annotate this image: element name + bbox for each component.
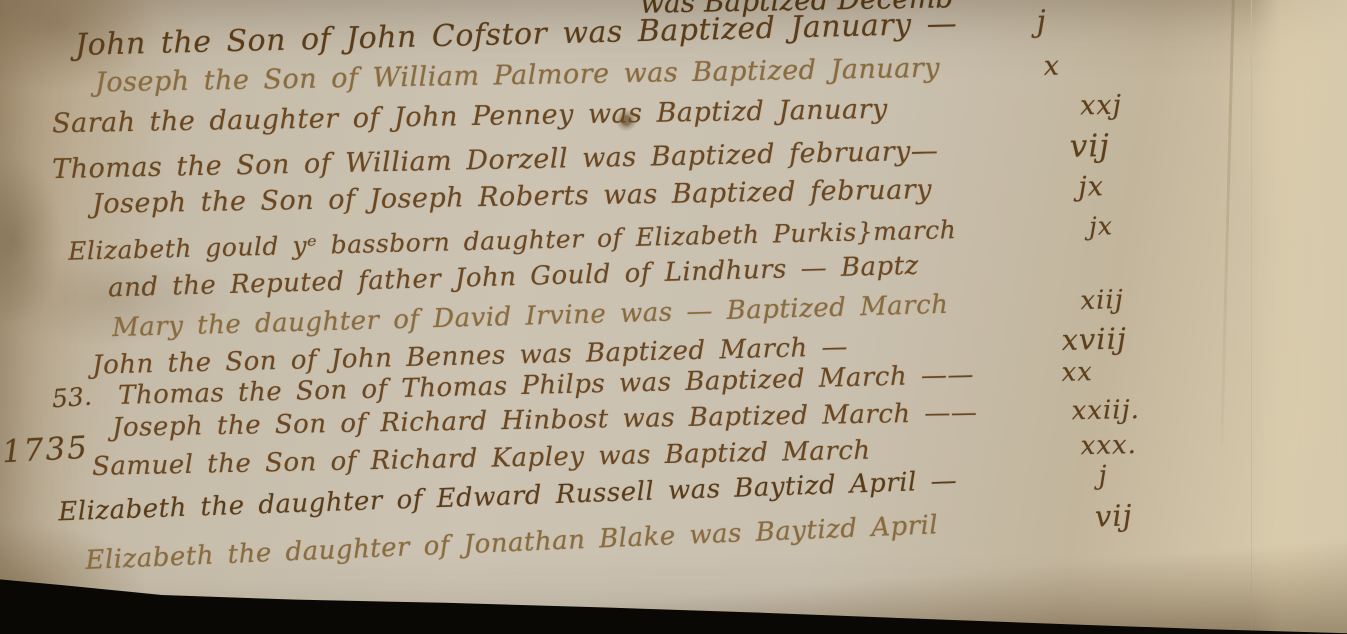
entry-day-numeral: xxx. bbox=[1080, 430, 1137, 461]
margin-year: 1735 bbox=[1, 430, 90, 470]
margin-page-number: 53. bbox=[51, 382, 93, 414]
page-right-edge bbox=[1251, 0, 1347, 634]
entry-day-numeral: xxiij. bbox=[1071, 395, 1140, 426]
entry-day-numeral: j bbox=[1036, 4, 1047, 39]
margin-year-text: 1735 bbox=[1, 430, 90, 470]
margin-page-number-text: 53. bbox=[51, 382, 93, 414]
entry-day-numeral: xiij bbox=[1080, 285, 1124, 316]
entry-day-numeral: j bbox=[1098, 461, 1108, 491]
entry-day-numeral: x bbox=[1043, 51, 1060, 82]
entry-day-numeral: xx bbox=[1061, 357, 1093, 388]
entry-day-numeral: vij bbox=[1094, 498, 1133, 534]
entry-day-numeral: xxj bbox=[1080, 90, 1122, 122]
entry-day-numeral: jx bbox=[1078, 171, 1104, 202]
entry-day-numeral: jx bbox=[1089, 211, 1114, 241]
entry-day-numeral: vij bbox=[1069, 128, 1110, 165]
manuscript-scan: was Baptized Decemb John the Son of John… bbox=[0, 0, 1347, 634]
entry-day-numeral: xviij bbox=[1061, 321, 1127, 357]
